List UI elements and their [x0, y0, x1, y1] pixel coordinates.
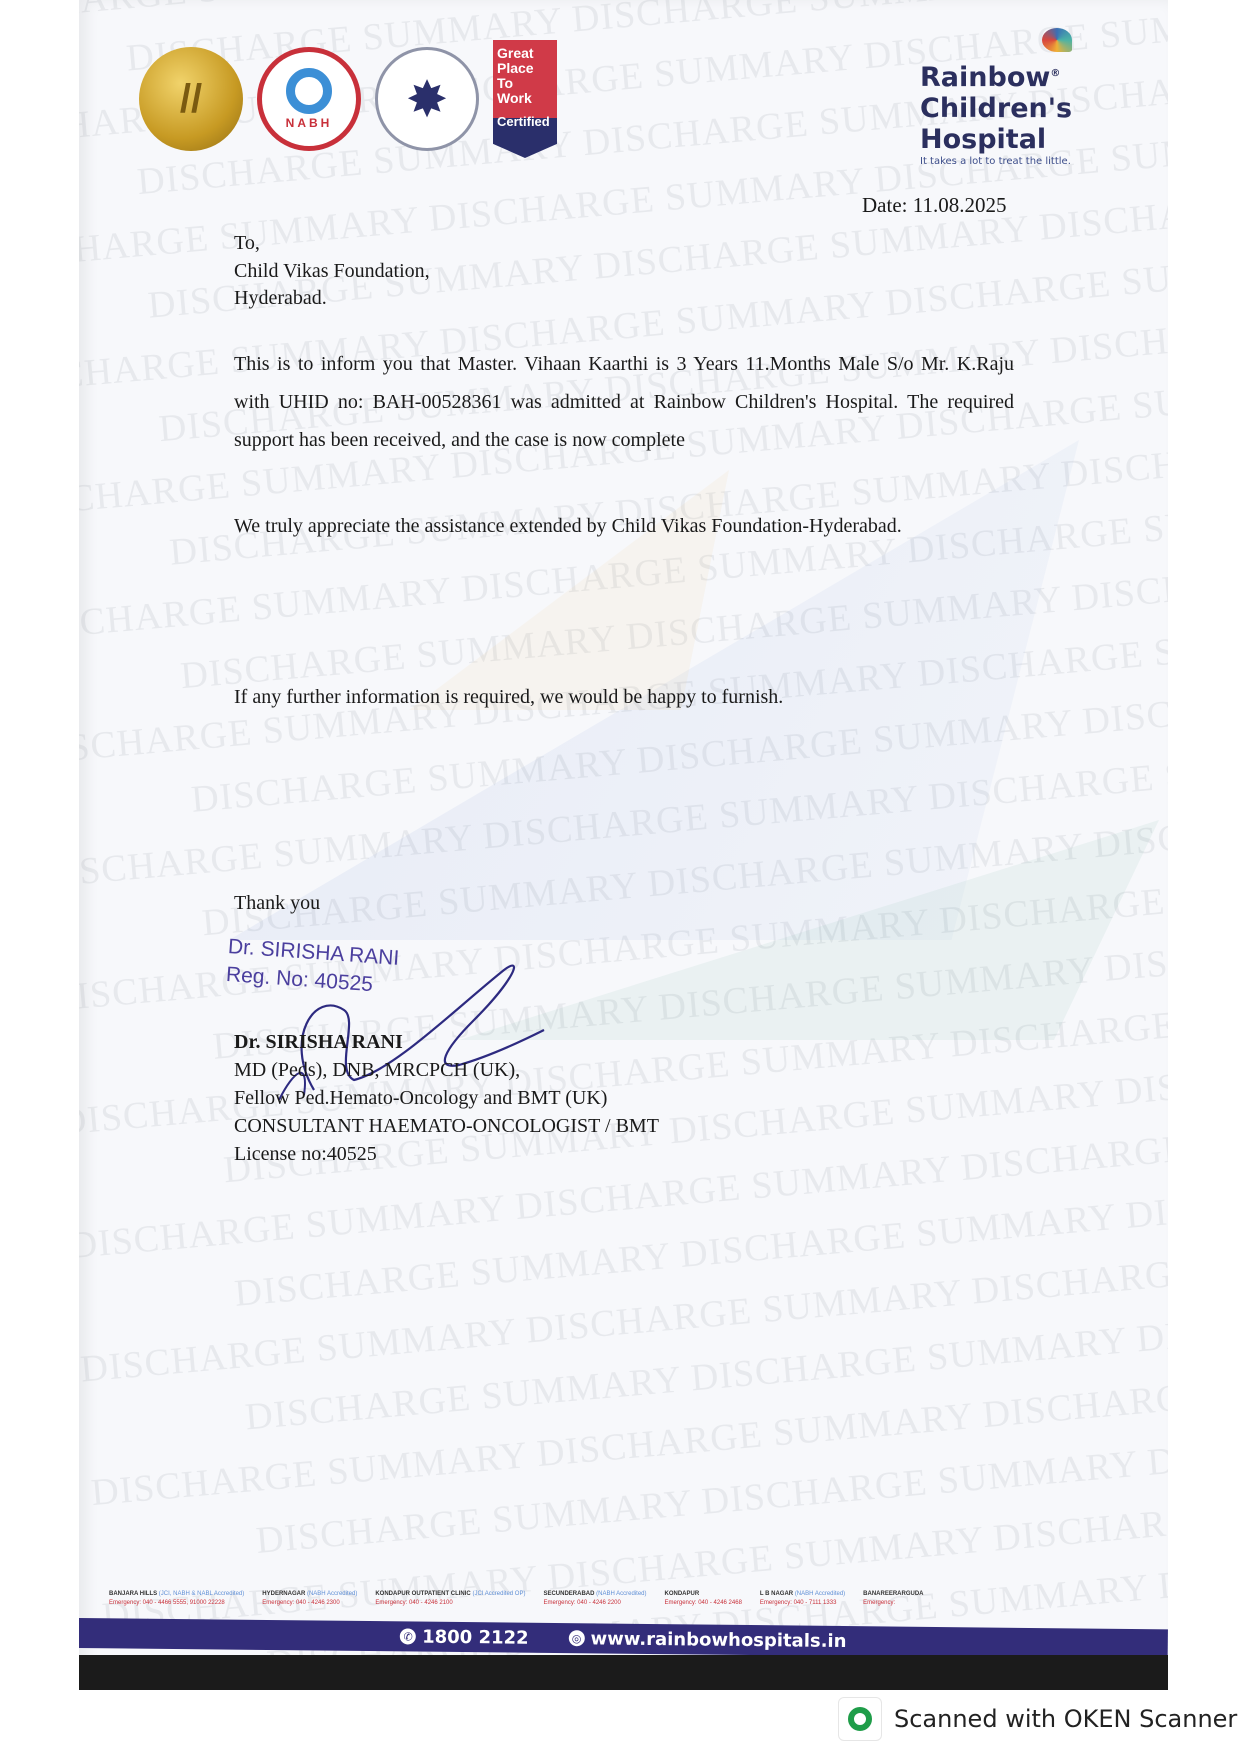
scan-dark-edge: [79, 1655, 1168, 1690]
branch-name: KONDAPUR: [665, 1591, 700, 1597]
oken-scanner-logo-icon: [838, 1697, 882, 1741]
nabh-ring-icon: [286, 68, 332, 114]
hospital-name-line2: Children's: [920, 93, 1072, 124]
signatory-block: Dr. SIRISHA RANI MD (Peds), DNB, MRCPCH …: [234, 1028, 659, 1168]
scanner-badge: Scanned with OKEN Scanner: [838, 1697, 1237, 1741]
branch-name: KONDAPUR OUTPATIENT CLINIC: [375, 1591, 470, 1597]
footer-branch: BANJARA HILLS (JCI, NABH & NABL Accredit…: [109, 1590, 244, 1608]
gptw-text-2: Place: [497, 60, 534, 76]
nabh-seal-icon: NABH: [257, 47, 361, 151]
watermark-row: DISCHARGE SUMMARY DISCHARGE SUMMARY DISC…: [79, 476, 1168, 660]
footer-phone-number: 1800 2122: [422, 1626, 529, 1648]
hospital-name-line3: Hospital: [920, 124, 1046, 155]
branch-name: L B NAGAR: [760, 1591, 793, 1597]
watermark-row: DISCHARGE SUMMARY DISCHARGE SUMMARY DISC…: [79, 1155, 1168, 1339]
signatory-name: Dr. SIRISHA RANI: [234, 1028, 659, 1056]
signatory-designation: CONSULTANT HAEMATO-ONCOLOGIST / BMT: [234, 1112, 659, 1140]
letter-paragraph-main: This is to inform you that Master. Vihaa…: [234, 345, 1014, 459]
letter-paragraph-appreciation: We truly appreciate the assistance exten…: [234, 513, 902, 539]
signatory-license: License no:40525: [234, 1140, 659, 1168]
branch-accreditation: (JCI, NABH & NABL Accredited): [159, 1591, 244, 1597]
letter-paragraph-further-info: If any further information is required, …: [234, 684, 783, 710]
branch-emergency: Emergency: 040 - 4246 2200: [543, 1599, 646, 1608]
registered-mark: ®: [1050, 68, 1060, 79]
letter-closing: Thank you: [234, 890, 320, 916]
scanner-badge-text: Scanned with OKEN Scanner: [894, 1705, 1237, 1733]
recipient-name: Child Vikas Foundation,: [234, 258, 430, 284]
background-swoosh-orange: [409, 470, 729, 710]
watermark-row: DISCHARGE SUMMARY DISCHARGE SUMMARY DISC…: [83, 1279, 1168, 1463]
hospital-tagline: It takes a lot to treat the little.: [920, 156, 1071, 167]
watermark-row: DISCHARGE SUMMARY DISCHARGE SUMMARY DISC…: [79, 0, 1168, 42]
gptw-text-3: To: [497, 75, 513, 91]
footer-branches: BANJARA HILLS (JCI, NABH & NABL Accredit…: [109, 1590, 1159, 1608]
branch-accreditation: (JCI Accredited OP): [472, 1591, 525, 1597]
signatory-qualifications: MD (Peds), DNB, MRCPCH (UK),: [234, 1056, 659, 1084]
footer-branch: KONDAPUR OUTPATIENT CLINIC (JCI Accredit…: [375, 1590, 525, 1608]
branch-name: HYDERNAGAR: [262, 1591, 305, 1597]
letter-page: DISCHARGE SUMMARY DISCHARGE SUMMARY DISC…: [79, 0, 1168, 1690]
branch-emergency: Emergency: 040 - 4466 5555, 91000 22228: [109, 1599, 244, 1608]
branch-emergency: Emergency: 040 - 4246 2468: [665, 1599, 742, 1608]
nabh-label: NABH: [286, 116, 333, 130]
branch-emergency: Emergency: 040 - 4246 2100: [375, 1599, 525, 1608]
gptw-text-4: Work: [497, 90, 532, 106]
nabl-seal-icon: ✸: [375, 47, 479, 151]
branch-name: BANJARA HILLS: [109, 1591, 157, 1597]
branch-emergency: Emergency: 040 - 7111 1333: [760, 1599, 845, 1608]
branch-accreditation: (NABH Accredited): [795, 1591, 845, 1597]
footer-website[interactable]: ◎ www.rainbowhospitals.in: [569, 1628, 847, 1652]
footer-website-url[interactable]: www.rainbowhospitals.in: [591, 1628, 847, 1652]
gptw-text-1: Great: [497, 45, 534, 61]
footer-branch: BANAREERARGUDA Emergency:: [863, 1590, 923, 1608]
branch-name: SECUNDERABAD: [543, 1591, 594, 1597]
watermark-row: DISCHARGE SUMMARY DISCHARGE SUMMARY DISC…: [89, 1340, 1168, 1524]
watermark-row: DISCHARGE SUMMARY DISCHARGE SUMMARY DISC…: [79, 1217, 1168, 1401]
footer-contact-band: ✆ 1800 2122 ◎ www.rainbowhospitals.in: [79, 1618, 1168, 1659]
branch-accreditation: (NABH Accredited): [596, 1591, 646, 1597]
gptw-certified: Certified: [497, 114, 553, 129]
salutation: To,: [234, 230, 260, 256]
accreditation-logos: // NABH ✸ Great Place To Work Certified: [139, 40, 557, 158]
branch-emergency: Emergency:: [863, 1599, 923, 1608]
watermark-row: DISCHARGE SUMMARY DISCHARGE SUMMARY DISC…: [94, 1402, 1168, 1586]
letter-date: Date: 11.08.2025: [862, 193, 1006, 218]
branch-accreditation: (NABH Accredited): [307, 1591, 357, 1597]
rainbow-logo-icon: [1042, 28, 1072, 52]
watermark-row: DISCHARGE SUMMARY DISCHARGE SUMMARY DISC…: [79, 723, 1168, 907]
hospital-name-line1: Rainbow: [920, 62, 1050, 93]
footer-branch: KONDAPUR Emergency: 040 - 4246 2468: [665, 1590, 742, 1608]
globe-icon: ◎: [569, 1630, 585, 1646]
hospital-name: Rainbow® Children's Hospital: [920, 58, 1072, 155]
recipient-city: Hyderabad.: [234, 285, 327, 311]
signatory-fellowship: Fellow Ped.Hemato-Oncology and BMT (UK): [234, 1084, 659, 1112]
footer-branch: L B NAGAR (NABH Accredited)Emergency: 04…: [760, 1590, 845, 1608]
branch-emergency: Emergency: 040 - 4246 2300: [262, 1599, 357, 1608]
footer-branch: SECUNDERABAD (NABH Accredited)Emergency:…: [543, 1590, 646, 1608]
jci-seal-icon: //: [139, 47, 243, 151]
scanner-ring-icon: [848, 1707, 872, 1731]
great-place-to-work-badge: Great Place To Work Certified: [493, 40, 557, 158]
footer-branch: HYDERNAGAR (NABH Accredited)Emergency: 0…: [262, 1590, 357, 1608]
branch-name: BANAREERARGUDA: [863, 1591, 923, 1597]
footer-phone: ✆ 1800 2122: [400, 1626, 529, 1648]
phone-icon: ✆: [400, 1628, 416, 1644]
